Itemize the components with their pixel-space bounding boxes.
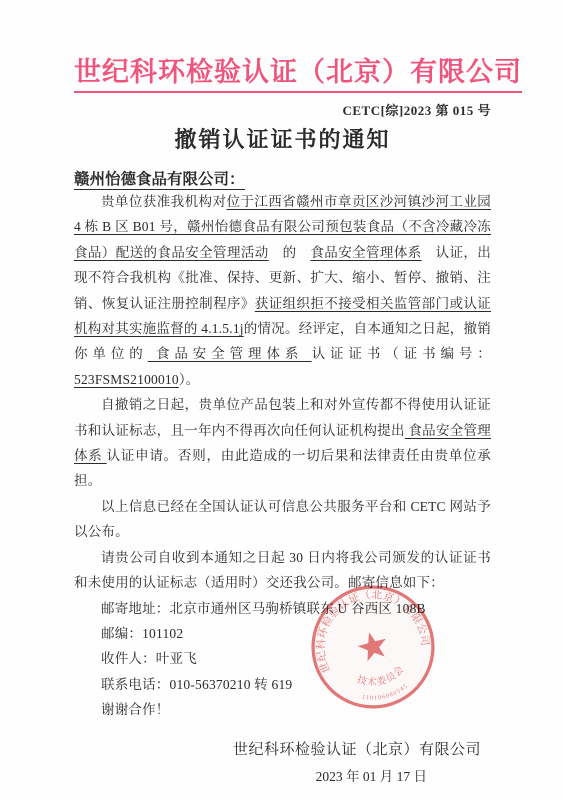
p1-system-name-underlined: 食品安全管理体系 [310, 245, 421, 260]
mail-postcode-line: 邮编：101102 [74, 621, 491, 646]
recipient-company-name: 赣州怡德食品有限公司： [74, 171, 245, 190]
p1-system-name-underlined: 食品安全管理体系 [148, 346, 312, 361]
signature-company-name: 世纪科环检验认证（北京）有限公司 [74, 738, 491, 762]
p2-text: 认证申请。否则，由此造成的一切后果和法律责任由贵单位承担。 [74, 448, 491, 488]
doc-title: 撤销认证证书的通知 [74, 123, 491, 154]
paragraph-restrictions: 自撤销之日起，贵单位产品包装上和对外宣传都不得使用认证证书和认证标志，且一年内不… [74, 392, 491, 494]
doc-number: CETC[综]2023 第 015 号 [74, 100, 491, 119]
paragraph-publication: 以上信息已经在全国认证认可信息公共服务平台和 CETC 网站予以公布。 [74, 494, 491, 545]
paragraph-revocation-basis: 贵单位获准我机构对位于江西省赣州市章贡区沙河镇沙河工业园 4 栋 B 区 B01… [74, 189, 491, 392]
mail-phone-line: 联系电话：010-56370210 转 619 [74, 672, 491, 697]
document-page: 世纪科环检验认证（北京）有限公司 CETC[综]2023 第 015 号 撤销认… [0, 0, 563, 800]
p1-text: 认证证书（证书编号： [312, 346, 491, 361]
paragraph-return-request: 请贵公司自收到本通知之日起 30 日内将我公司颁发的认证证书和未使用的认证标志（… [74, 545, 491, 596]
signature-date: 2023 年 01 月 17 日 [74, 766, 491, 788]
p1-certificate-number-underlined: 523FSMS2100010 [74, 372, 179, 387]
mail-contact-line: 收件人：叶亚飞 [74, 646, 491, 671]
p1-text: 的 [269, 245, 311, 260]
mail-address-line: 邮寄地址：北京市通州区马驹桥镇联东 U 谷西区 108B [74, 596, 491, 621]
p1-text: 贵单位获准我机构对 [101, 194, 226, 209]
signature-block: 世纪科环检验认证（北京）有限公司 2023 年 01 月 17 日 [74, 738, 491, 788]
thanks-line: 谢谢合作！ [74, 697, 491, 722]
recipient-line: 赣州怡德食品有限公司： [74, 167, 491, 189]
letterhead-company-name: 世纪科环检验认证（北京）有限公司 [74, 50, 522, 93]
letterhead-wrap: 世纪科环检验认证（北京）有限公司 [74, 50, 491, 93]
p1-text: ）。 [179, 372, 200, 387]
